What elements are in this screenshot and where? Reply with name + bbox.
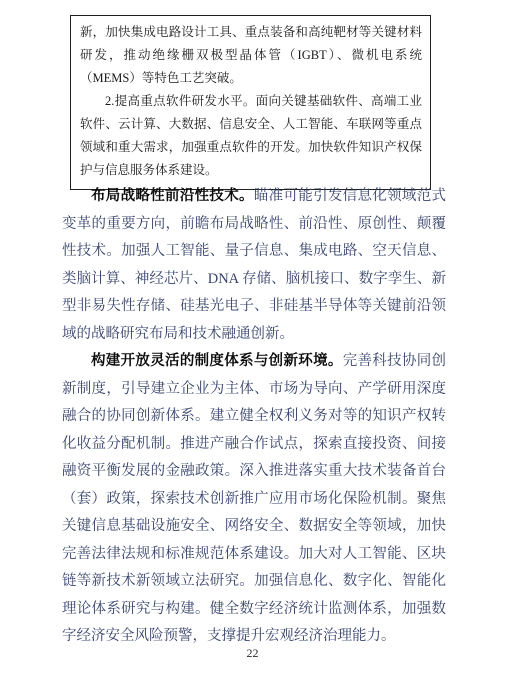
- paragraph-body: 完善科技协同创新制度，引导建立企业为主体、市场为导向、产学研用深度融合的协同创新…: [62, 353, 446, 644]
- highlight-box: 新，加快集成电路设计工具、重点装备和高纯靶材等关键材料研发，推动绝缘栅双极型晶体…: [70, 15, 431, 190]
- box-paragraph-continuation: 新，加快集成电路设计工具、重点装备和高纯靶材等关键材料研发，推动绝缘栅双极型晶体…: [80, 21, 422, 90]
- paragraph-lead: 构建开放灵活的制度体系与创新环境。: [91, 353, 343, 369]
- body-paragraph-institutional-system: 构建开放灵活的制度体系与创新环境。完善科技协同创新制度，引导建立企业为主体、市场…: [62, 348, 446, 651]
- paragraph-body: 瞄准可能引发信息化领域范式变革的重要方向，前瞻布局战略性、前沿性、原创性、颠覆性…: [62, 188, 446, 342]
- document-page: 新，加快集成电路设计工具、重点装备和高纯靶材等关键材料研发，推动绝缘栅双极型晶体…: [0, 0, 505, 677]
- paragraph-lead: 布局战略性前沿性技术。: [91, 188, 254, 204]
- box-paragraph-item-2: 2.提高重点软件研发水平。面向关键基础软件、高端工业软件、云计算、大数据、信息安…: [80, 90, 422, 182]
- page-number: 22: [0, 646, 505, 661]
- body-text-block: 布局战略性前沿性技术。瞄准可能引发信息化领域范式变革的重要方向，前瞻布局战略性、…: [62, 183, 446, 651]
- body-paragraph-frontier-tech: 布局战略性前沿性技术。瞄准可能引发信息化领域范式变革的重要方向，前瞻布局战略性、…: [62, 183, 446, 348]
